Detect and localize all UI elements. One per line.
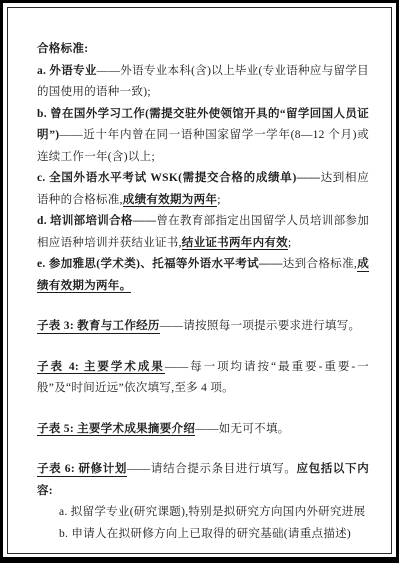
text-segment: ——近十年内曾在同一语种国家留学一学年(8—12 个月)或连续工作一年(含)以上… xyxy=(37,129,369,163)
subtable-5-achievement-summary: 子表 5: 主要学术成果摘要介绍——如无可不填。 xyxy=(37,419,369,441)
text-segment: 子表 6: 研修计划 xyxy=(37,463,127,477)
text-segment: e. 参加雅思(学术类)、托福等外语水平考试—— xyxy=(37,258,283,270)
text-segment: b. 申请人在拟研修方向上已取得的研究基础(请重点描述) xyxy=(59,528,351,540)
subtable-4-major-academic-achievements: 子表 4: 主要学术成果——每一项均请按“最重要-重要-一般”及“时间近远”依次… xyxy=(37,357,369,400)
text-segment: 子表 3: 教育与工作经历 xyxy=(37,320,160,334)
text-segment: ; xyxy=(288,237,292,249)
text-segment: 子表 4: 主要学术成果 xyxy=(37,361,165,375)
research-plan-item-b: b. 申请人在拟研修方向上已取得的研究基础(请重点描述) xyxy=(37,524,369,546)
text-segment: 达到合格标准, xyxy=(283,258,357,270)
subtable-6-research-plan: 子表 6: 研修计划——请结合提示条目进行填写。应包括以下内容: xyxy=(37,459,369,502)
text-segment: 成绩有效期为两年 xyxy=(123,194,217,208)
item-e-ielts-toefl: e. 参加雅思(学术类)、托福等外语水平考试——达到合格标准,成绩有效期为两年。 xyxy=(37,254,369,297)
research-plan-item-a: a. 拟留学专业(研究课题),特别是拟研究方向国内外研究进展 xyxy=(37,502,369,524)
text-segment: a. 拟留学专业(研究课题),特别是拟研究方向国内外研究进展 xyxy=(59,506,365,518)
item-a-foreign-language-major: a. 外语专业——外语专业本科(含)以上毕业(专业语种应与留学目的国使用的语种一… xyxy=(37,61,369,104)
item-d-training-department: d. 培训部培训合格——曾在教育部指定出国留学人员培训部参加相应语种培训并获结业… xyxy=(37,211,369,254)
item-c-wsk-test: c. 全国外语水平考试 WSK(需提交合格的成绩单)——达到相应语种的合格标准,… xyxy=(37,168,369,211)
text-segment: ; xyxy=(217,194,221,206)
text-segment: ——如无可不填。 xyxy=(195,423,289,435)
text-segment: 合格标准: xyxy=(37,43,88,55)
heading-qualification-standards: 合格标准: xyxy=(37,39,369,61)
subtable-3-education-work-experience: 子表 3: 教育与工作经历——请按照每一项提示要求进行填写。 xyxy=(37,316,369,338)
text-segment: c. 全国外语水平考试 WSK(需提交合格的成绩单)—— xyxy=(37,172,320,184)
text-segment: 子表 5: 主要学术成果摘要介绍 xyxy=(37,423,195,437)
text-segment: d. 培训部培训合格—— xyxy=(37,215,156,227)
document-body: 合格标准:a. 外语专业——外语专业本科(含)以上毕业(专业语种应与留学目的国使… xyxy=(37,39,369,545)
text-segment: 结业证书两年内有效 xyxy=(182,237,288,251)
text-segment: ——请按照每一项提示要求进行填写。 xyxy=(160,320,361,332)
scanned-page: 合格标准:a. 外语专业——外语专业本科(含)以上毕业(专业语种应与留学目的国使… xyxy=(0,0,399,563)
text-segment: a. 外语专业 xyxy=(37,65,97,77)
item-b-studied-worked-abroad: b. 曾在国外学习工作(需提交驻外使领馆开具的“留学回国人员证明”)——近十年内… xyxy=(37,104,369,169)
text-segment: ——请结合提示条目进行填写。 xyxy=(127,463,297,475)
